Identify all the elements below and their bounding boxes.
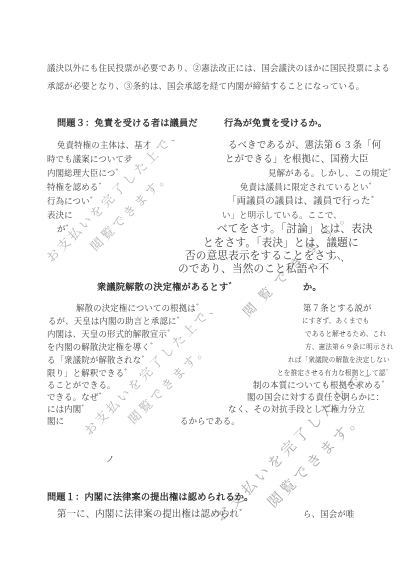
- text-fragment: るが、天皇は内閣の助言と承認に゛: [48, 317, 185, 327]
- text-fragment: るからである。: [180, 417, 240, 427]
- text-fragment: 表決に: [47, 211, 73, 221]
- scanned-document-page: お支払いを完了した上で、 閲覧できます。 閲覧できます。 お支払いを完了した上で…: [0, 0, 410, 580]
- text-fragment: とをさす。「表決」とは、議題に: [203, 239, 359, 249]
- text-fragment: であると解せるため、これ: [305, 330, 386, 340]
- text-fragment: 免責特権の主体は、基才: [57, 141, 151, 151]
- text-fragment: べてをさす。「討論」とは、表決: [217, 225, 373, 235]
- text-fragment: 閣に: [47, 417, 64, 427]
- text-fragment: にすぎず、あくまでも: [302, 317, 369, 327]
- text-fragment: には内閣゛: [47, 405, 90, 415]
- text-fragment: 方、憲法第６９条に明示され: [305, 343, 393, 353]
- text-fragment: 否の意思表示をすることをさす: [185, 252, 336, 262]
- text-fragment: い」と明示している。ここで、: [222, 211, 342, 221]
- text-fragment: 免責は議員に限定されているとい゛: [240, 183, 377, 193]
- text-fragment: 特権を認める゛: [47, 183, 107, 193]
- text-fragment: 閣の国会に対する責任を明らかに：: [247, 393, 384, 403]
- watermark-line1: お支払いを完了した上で、: [209, 354, 385, 530]
- text-fragment: る「衆議院が解散されな゛: [47, 356, 150, 366]
- text-fragment: 承認が必要となり、③条約は、国会承認を経て内閣が締結することになっている。: [47, 82, 364, 92]
- text-fragment: のであり、当然のこと私語や不: [178, 265, 329, 275]
- heading-fragment: 衆議院解散の決定権があるとす゛: [97, 282, 238, 292]
- text-fragment: るべきであるが、憲法第６３条「何: [228, 141, 381, 151]
- text-fragment: できる。なぜ゛: [47, 393, 107, 403]
- text-fragment: 行為につい゛: [47, 197, 98, 207]
- heading-fragment: 行為が免責を受けるか。: [224, 118, 327, 128]
- text-fragment: 内閣総理大臣につ゛: [47, 169, 124, 179]
- text-fragment: 制の本質についても根拠を求める゛: [253, 381, 390, 391]
- heading-fragment: 問題３：免責を受ける者は議員だ: [57, 118, 198, 128]
- text-fragment: ら、国会が唯: [303, 510, 354, 520]
- heading-fragment: か。: [303, 282, 322, 292]
- text-fragment: 議決以外にも住民投票が必要であり、②憲法改正には、国会議決のほかに国民投票による: [47, 64, 390, 74]
- text-fragment: 内閣は、天皇の形式的解散宣示゛: [47, 330, 176, 340]
- text-fragment: とができる」を根拠に、国務大臣: [225, 155, 369, 165]
- text-fragment: 解散の決定権についての根拠は゛: [76, 304, 204, 314]
- text-fragment: れば「衆議院の解散を決定しない: [288, 356, 390, 366]
- text-fragment: ハ、: [332, 254, 349, 264]
- text-fragment: ることができる。: [47, 381, 116, 391]
- text-fragment: 第一に、内閣に法律案の提出権は認められ゛: [57, 510, 249, 520]
- text-fragment: ノ: [106, 455, 115, 465]
- text-fragment: 見解がある。しかし、この規定゛: [268, 169, 397, 179]
- text-fragment: 限り」と解釈できる゛: [47, 369, 133, 379]
- text-fragment: を内閣の解散決定権を導く゛: [47, 343, 158, 353]
- text-fragment: が゛: [57, 225, 74, 235]
- text-fragment: 第７条とする説が: [303, 304, 372, 314]
- text-fragment: 「両議員の議員は、議員で行った゛: [227, 197, 380, 207]
- text-fragment: 時でも議案について夛: [47, 155, 133, 165]
- text-fragment: とを推定させる有力な根拠として認゛: [277, 369, 393, 379]
- text-fragment: なく、その対抗手段として権力分立: [228, 405, 365, 415]
- heading-fragment: 問題１：内閣に法律案の提出権は認められるか。: [47, 492, 254, 502]
